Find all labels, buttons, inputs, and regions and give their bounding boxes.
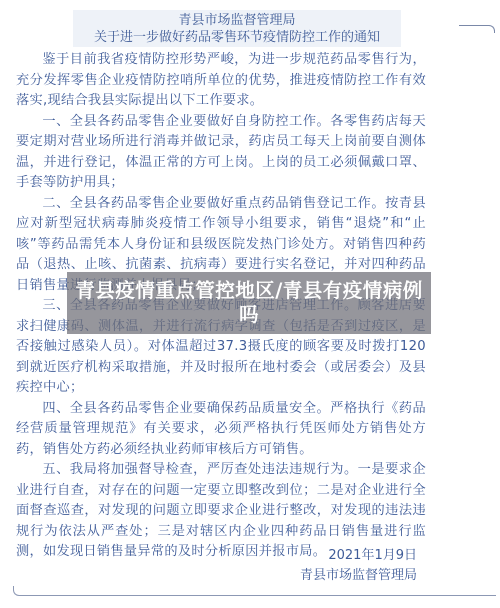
signature-organization: 青县市场监督管理局 (300, 564, 417, 583)
document-header: 青县市场监督管理局 关于进一步做好药品零售环节疫情防控工作的通知 (73, 10, 401, 47)
frame-corner-bottom-left (13, 586, 496, 596)
notice-title: 关于进一步做好药品零售环节疫情防控工作的通知 (73, 29, 401, 46)
requirement-4: 四、全县各药品零售企业要确保药品质量安全。严格执行《药品经营质量管理规范》有关要… (16, 399, 426, 461)
signature-date: 2021年1月9日 (328, 544, 417, 563)
frame-corner-top-right (459, 25, 495, 33)
issuer-name: 青县市场监督管理局 (73, 12, 401, 29)
headline-text: 青县疫情重点管控地区/青县有疫情病例吗 (75, 279, 423, 326)
intro-paragraph: 鉴于目前我省疫情防控形势严峻，为进一步规范药品零售行为，充分发挥零售企业疫情防控… (16, 50, 426, 112)
headline-overlay: 青县疫情重点管控地区/青县有疫情病例吗 (67, 272, 431, 334)
requirement-1: 一、全县各药品零售企业要做好自身防控工作。各零售药店每天要定期对营业场所进行消毒… (16, 112, 426, 194)
